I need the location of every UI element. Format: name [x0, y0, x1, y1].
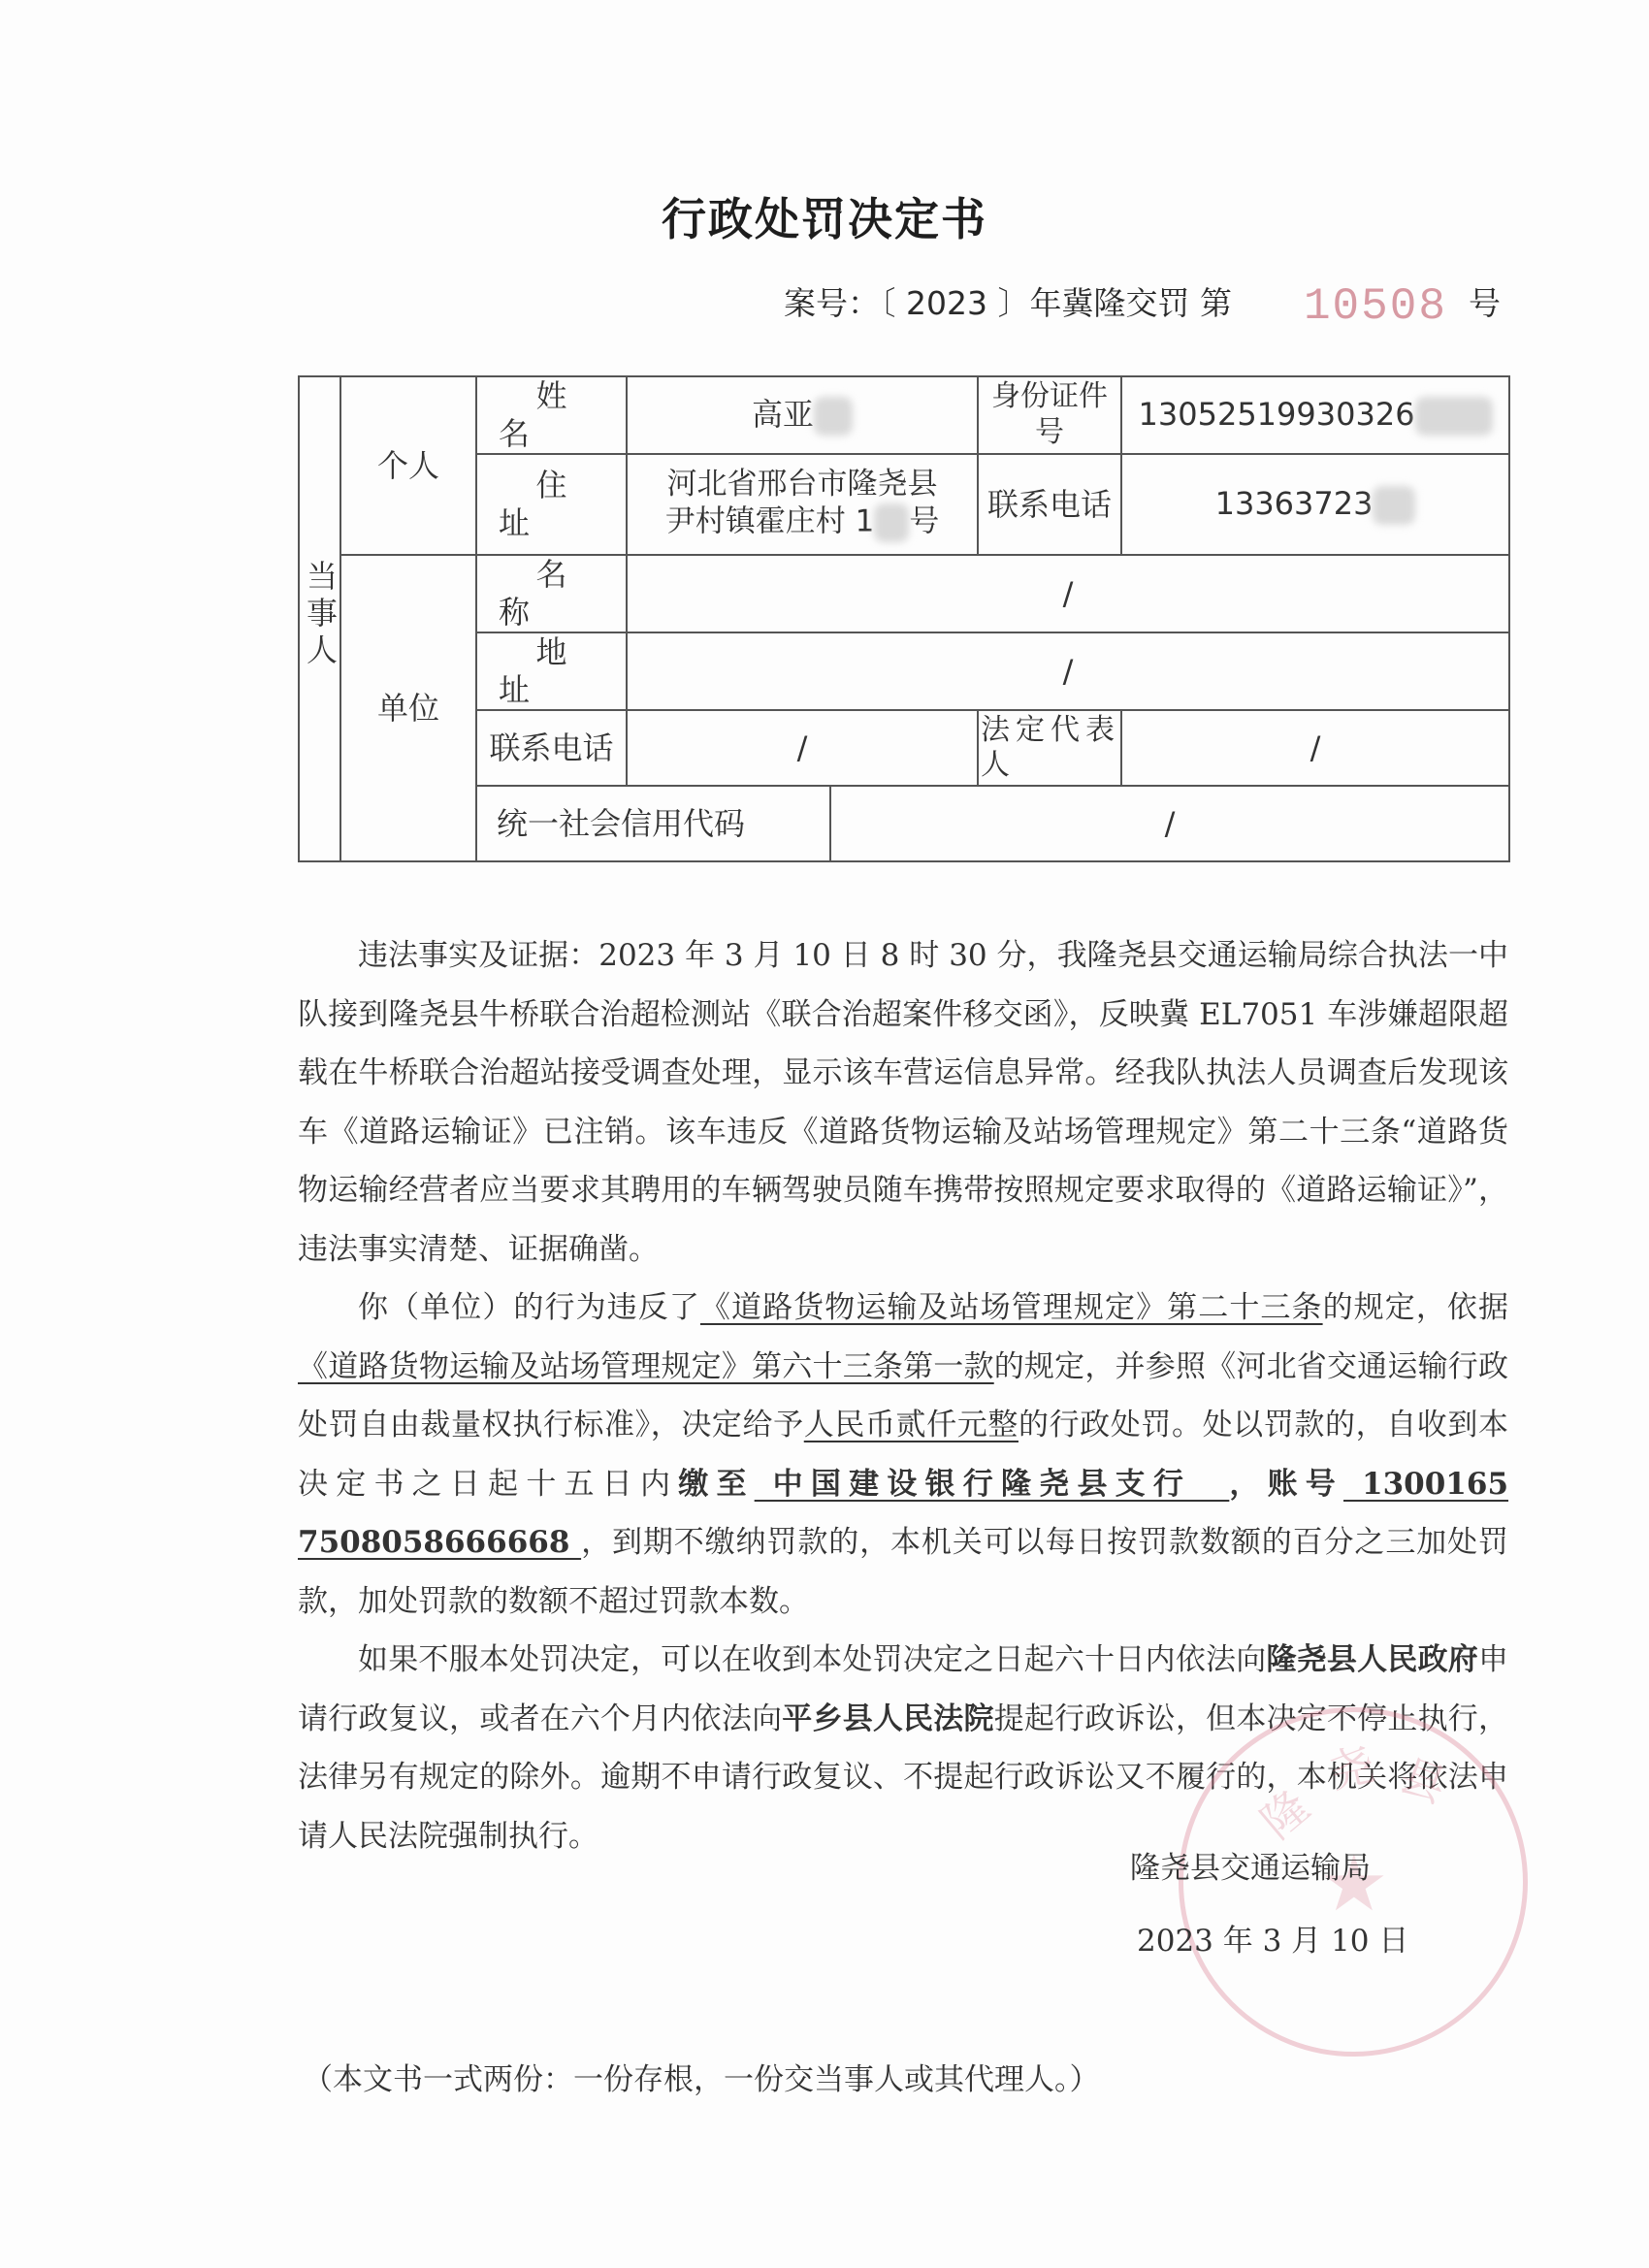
unit-phone-value: / [627, 710, 978, 786]
individual-id-label: 身份证件号 [978, 376, 1121, 454]
redaction-blur [814, 397, 853, 436]
decision-text: ，账号 [1229, 1467, 1343, 1502]
redaction-blur [1373, 486, 1415, 525]
document-page: 行政处罚决定书 案号：〔 2023 〕年冀隆交罚 第10508号 当事人 个人 … [0, 0, 1649, 2268]
case-number-prefix: 案号：〔 2023 〕年冀隆交罚 第 [784, 278, 1232, 324]
decision-text: 你（单位）的行为违反了 [358, 1290, 700, 1325]
unit-address-label: 地 址 [476, 632, 627, 710]
facts-paragraph: 违法事实及证据：2023 年 3 月 10 日 8 时 30 分，我隆尧县交通运… [298, 926, 1508, 1279]
unit-address-value: / [627, 632, 1509, 710]
unit-credit-code-value: / [830, 786, 1509, 861]
individual-name-label: 姓 名 [476, 376, 627, 454]
individual-address-cell: 河北省邢台市隆尧县 尹村镇霍庄村 1号 [627, 454, 978, 555]
review-authority: 隆尧县人民政府 [1266, 1642, 1478, 1677]
copies-note: （本文书一式两份：一份存根，一份交当事人或其代理人。） [303, 2055, 1100, 2098]
redaction-blur [1415, 397, 1493, 436]
litigation-court: 平乡县人民法院 [782, 1701, 993, 1736]
unit-legal-rep-label: 法定代表人 [978, 710, 1121, 786]
individual-id-cell: 13052519930326 [1121, 376, 1509, 454]
unit-legal-rep-value: / [1121, 710, 1509, 786]
individual-name-value: 高亚 [752, 396, 814, 433]
unit-phone-label: 联系电话 [476, 710, 627, 786]
unit-section-label: 单位 [377, 690, 439, 727]
individual-id-value: 13052519930326 [1139, 396, 1415, 433]
penalty-basis: 《道路货物运输及站场管理规定》第六十三条第一款 [298, 1349, 994, 1384]
decision-body: 违法事实及证据：2023 年 3 月 10 日 8 时 30 分，我隆尧县交通运… [298, 926, 1508, 1865]
party-info-table: 当事人 个人 姓 名 高亚 身份证件号 13052519930326 住 址 河… [298, 375, 1510, 862]
fine-amount: 人民币贰仟元整 [804, 1408, 1018, 1442]
party-label: 当事人 [301, 560, 339, 670]
document-title: 行政处罚决定书 [0, 184, 1649, 248]
individual-name-cell: 高亚 [627, 376, 978, 454]
individual-phone-cell: 13363723 [1121, 454, 1509, 555]
individual-phone-value: 13363723 [1215, 485, 1374, 522]
redaction-blur [874, 503, 909, 542]
issue-date: 2023 年 3 月 10 日 [1137, 1916, 1408, 1960]
individual-address-line2-wrap: 尹村镇霍庄村 1号 [635, 503, 969, 542]
unit-section-cell: 单位 [340, 555, 476, 861]
unit-name-label: 名 称 [476, 555, 627, 632]
decision-paragraph: 你（单位）的行为违反了《道路货物运输及站场管理规定》第二十三条的规定，依据 《道… [298, 1279, 1508, 1631]
individual-address-line1: 河北省邢台市隆尧县 [635, 467, 969, 503]
individual-address-line2: 尹村镇霍庄村 1 [665, 503, 875, 538]
case-number-value: 10508 [1304, 281, 1447, 332]
violated-regulation: 《道路货物运输及站场管理规定》第二十三条 [700, 1290, 1323, 1325]
appeal-text: 如果不服本处罚决定，可以在收到本处罚决定之日起六十日内依法向 [358, 1642, 1266, 1677]
individual-section-label: 个人 [377, 447, 439, 484]
party-label-cell: 当事人 [299, 376, 340, 861]
unit-name-value: / [627, 555, 1509, 632]
issuing-authority: 隆尧县交通运输局 [1130, 1843, 1371, 1887]
decision-text: 缴至 [678, 1467, 754, 1502]
case-number-suffix: 号 [1469, 278, 1501, 324]
unit-credit-code-label: 统一社会信用代码 [476, 786, 830, 861]
individual-phone-label: 联系电话 [978, 454, 1121, 555]
individual-address-label: 住 址 [476, 454, 627, 555]
appeal-paragraph: 如果不服本处罚决定，可以在收到本处罚决定之日起六十日内依法向隆尧县人民政府申请行… [298, 1631, 1508, 1865]
case-number: 案号：〔 2023 〕年冀隆交罚 第10508号 [784, 278, 1501, 332]
individual-section-cell: 个人 [340, 376, 476, 555]
decision-text: 的规定，依据 [1323, 1290, 1508, 1325]
payment-bank: 中国建设银行隆尧县支行 [755, 1467, 1230, 1502]
individual-address-suffix: 号 [909, 503, 939, 538]
